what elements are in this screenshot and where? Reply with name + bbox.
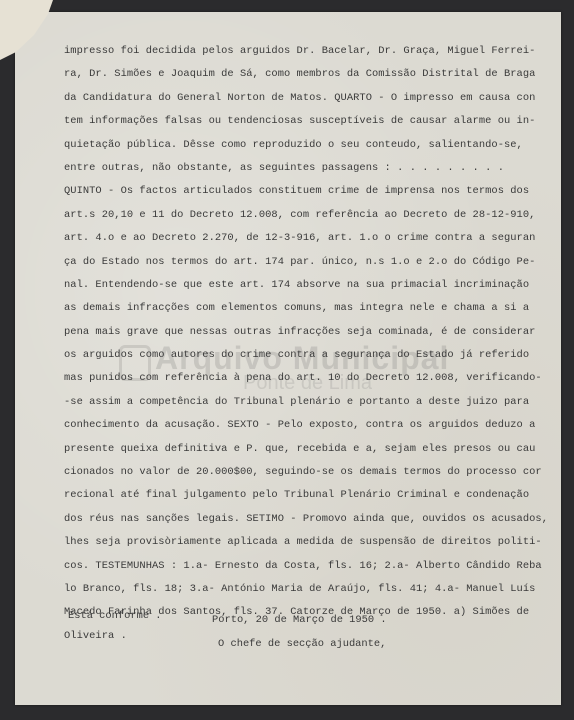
- text-line: lo Branco, fls. 18; 3.a- António Maria d…: [64, 578, 550, 601]
- text-line: entre outras, não obstante, as seguintes…: [64, 157, 550, 180]
- text-line: mas punidos com referência à pena do art…: [64, 367, 550, 390]
- text-line: conhecimento da acusação. SEXTO - Pelo e…: [64, 414, 550, 437]
- text-line: ra, Dr. Simões e Joaquim de Sá, como mem…: [64, 63, 550, 86]
- text-line: QUINTO - Os factos articulados constitue…: [64, 180, 550, 203]
- text-line: pena mais grave que nessas outras infrac…: [64, 321, 550, 344]
- text-line: da Candidatura do General Norton de Mato…: [64, 87, 550, 110]
- text-line: recional até final julgamento pelo Tribu…: [64, 484, 550, 507]
- text-line: -se assim a competência do Tribunal plen…: [64, 391, 550, 414]
- text-line: lhes seja provisòriamente aplicada a med…: [64, 531, 550, 554]
- text-line: presente queixa definitiva e P. que, rec…: [64, 438, 550, 461]
- signatory-title: O chefe de secção ajudante,: [218, 638, 386, 650]
- text-line: art. 4.o e ao Decreto 2.270, de 12-3-916…: [64, 227, 550, 250]
- text-line: impresso foi decidida pelos arguidos Dr.…: [64, 40, 550, 63]
- text-line: cionados no valor de 20.000$00, seguindo…: [64, 461, 550, 484]
- document-body: impresso foi decidida pelos arguidos Dr.…: [64, 40, 550, 648]
- text-line: ça do Estado nos termos do art. 174 par.…: [64, 251, 550, 274]
- text-line: nal. Entendendo-se que este art. 174 abs…: [64, 274, 550, 297]
- text-line: cos. TESTEMUNHAS : 1.a- Ernesto da Costa…: [64, 555, 550, 578]
- text-line: dos réus nas sanções legais. SETIMO - Pr…: [64, 508, 550, 531]
- text-line: art.s 20,10 e 11 do Decreto 12.008, com …: [64, 204, 550, 227]
- text-line: quietação pública. Dêsse como reproduzid…: [64, 134, 550, 157]
- conformity-note: Está conforme .: [68, 610, 162, 622]
- text-line: as demais infracções com elementos comun…: [64, 297, 550, 320]
- text-line: tem informações falsas ou tendenciosas s…: [64, 110, 550, 133]
- place-date: Porto, 20 de Março de 1950 .: [212, 614, 387, 626]
- text-line: os arguidos como autores do crime contra…: [64, 344, 550, 367]
